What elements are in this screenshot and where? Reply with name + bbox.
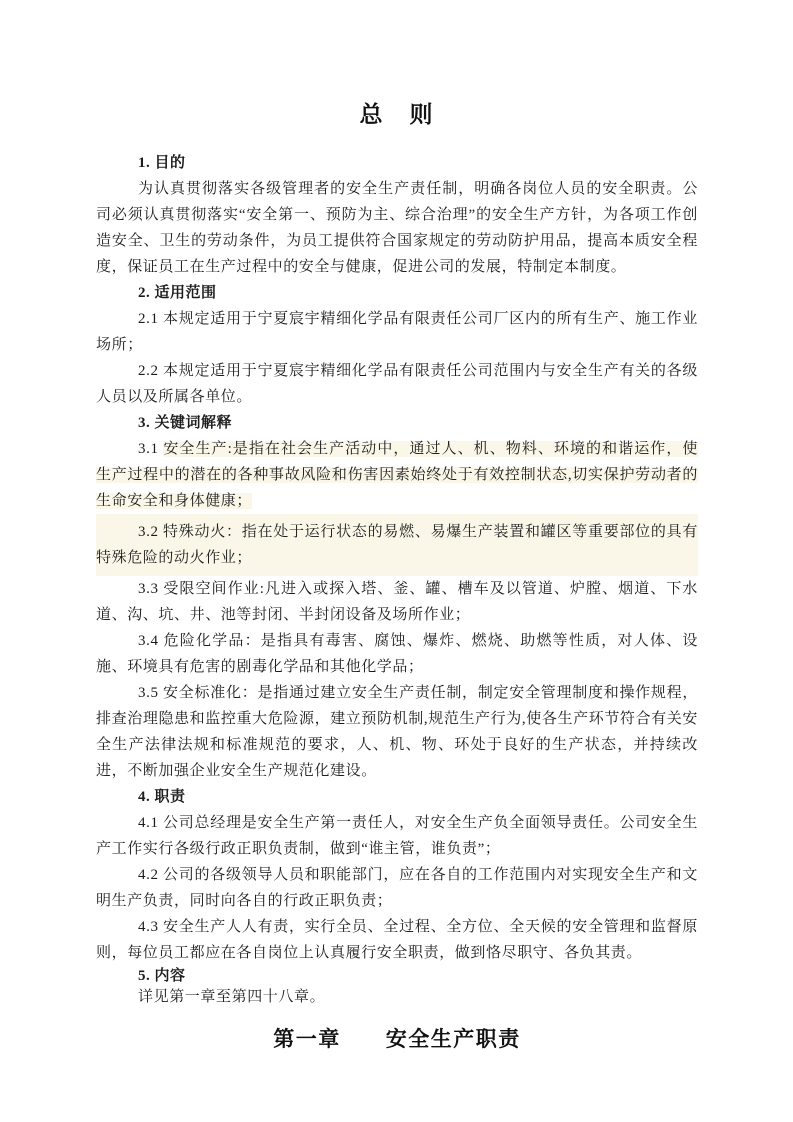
paragraph: 4.3 安全生产人人有责，实行全员、全过程、全方位、全天候的安全管理和监督原则，… [96, 914, 698, 966]
text-segment: 3.3 受限空间作业:凡进入或探入塔、釜、罐、槽车及以管道、炉膛、烟道、下水道、… [96, 581, 698, 623]
section-heading: 3. 关键词解释 [96, 410, 698, 436]
paragraph: 3.4 危险化学品：是指具有毒害、腐蚀、爆炸、燃烧、助燃等性质，对人体、设施、环… [96, 628, 698, 680]
paragraph: 3.3 受限空间作业:凡进入或探入塔、釜、罐、槽车及以管道、炉膛、烟道、下水道、… [96, 576, 698, 628]
text-segment: 4.3 安全生产人人有责，实行全员、全过程、全方位、全天候的安全管理和监督原则，… [96, 919, 698, 961]
highlighted-text: 安全生产:是指在社会生产活动中，通过人、机、物料、环境的和谐运作，使生产过程中的… [96, 441, 698, 509]
text-segment: 3.1 [138, 441, 163, 457]
paragraph: 2.1 本规定适用于宁夏宸宇精细化学品有限责任公司厂区内的所有生产、施工作业场所… [96, 306, 698, 358]
document-body: 1. 目的为认真贯彻落实各级管理者的安全生产责任制，明确各岗位人员的安全职责。公… [96, 150, 698, 1008]
section-heading: 4. 职责 [96, 784, 698, 810]
document-page: 总 则 1. 目的为认真贯彻落实各级管理者的安全生产责任制，明确各岗位人员的安全… [0, 0, 793, 1122]
document-title: 总 则 [96, 100, 698, 130]
section-heading: 1. 目的 [96, 150, 698, 176]
text-segment: 详见第一章至第四十八章。 [138, 989, 325, 1005]
text-segment: 2.2 本规定适用于宁夏宸宇精细化学品有限责任公司范围内与安全生产有关的各级人员… [96, 363, 698, 405]
text-segment: 3.4 危险化学品：是指具有毒害、腐蚀、爆炸、燃烧、助燃等性质，对人体、设施、环… [96, 633, 698, 675]
paragraph: 3.1 安全生产:是指在社会生产活动中，通过人、机、物料、环境的和谐运作，使生产… [96, 436, 698, 514]
paragraph: 4.2 公司的各级领导人员和职能部门，应在各自的工作范围内对实现安全生产和文明生… [96, 862, 698, 914]
paragraph: 2.2 本规定适用于宁夏宸宇精细化学品有限责任公司范围内与安全生产有关的各级人员… [96, 358, 698, 410]
paragraph: 详见第一章至第四十八章。 [96, 987, 698, 1008]
shaded-paragraph: 3.2 特殊动火：指在处于运行状态的易燃、易爆生产装置和罐区等重要部位的具有特殊… [96, 514, 698, 576]
text-segment: 4.1 公司总经理是安全生产第一责任人，对安全生产负全面领导责任。公司安全生产工… [96, 815, 698, 857]
text-segment: 2.1 本规定适用于宁夏宸宇精细化学品有限责任公司厂区内的所有生产、施工作业场所… [96, 311, 698, 353]
text-segment: 3.5 安全标准化：是指通过建立安全生产责任制，制定安全管理制度和操作规程，排查… [96, 685, 698, 779]
paragraph: 为认真贯彻落实各级管理者的安全生产责任制，明确各岗位人员的安全职责。公司必须认真… [96, 176, 698, 280]
text-segment: 3.2 特殊动火：指在处于运行状态的易燃、易爆生产装置和罐区等重要部位的具有特殊… [96, 524, 698, 566]
text-segment: 为认真贯彻落实各级管理者的安全生产责任制，明确各岗位人员的安全职责。公司必须认真… [96, 181, 698, 275]
text-segment: 4.2 公司的各级领导人员和职能部门，应在各自的工作范围内对实现安全生产和文明生… [96, 867, 698, 909]
paragraph: 4.1 公司总经理是安全生产第一责任人，对安全生产负全面领导责任。公司安全生产工… [96, 810, 698, 862]
section-heading: 2. 适用范围 [96, 280, 698, 306]
chapter-heading: 第一章 安全生产职责 [96, 1024, 698, 1054]
section-heading: 5. 内容 [96, 966, 698, 987]
paragraph: 3.5 安全标准化：是指通过建立安全生产责任制，制定安全管理制度和操作规程，排查… [96, 680, 698, 784]
